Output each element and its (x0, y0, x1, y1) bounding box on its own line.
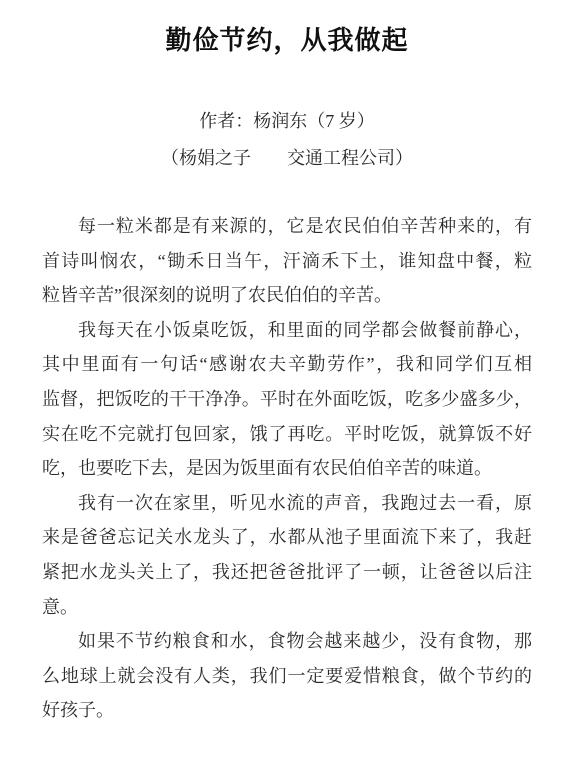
body-line: 好孩子。 (42, 693, 532, 728)
document-page: 勤俭节约，从我做起 作者：杨润东（7 岁） （杨娟之子 交通工程公司） 每一粒米… (0, 0, 574, 779)
body-line: 么地球上就会没有人类，我们一定要爱惜粮食，做个节约的 (42, 659, 532, 694)
document-body: 每一粒米都是有来源的，它是农民伯伯辛苦种来的，有 首诗叫悯农，“锄禾日当午，汗滴… (42, 209, 532, 728)
author-line: 作者：杨润东（7 岁） (42, 112, 532, 131)
body-line: 其中里面有一句话“感谢农夫辛勤劳作”，我和同学们互相 (42, 347, 532, 382)
body-line: 我有一次在家里，听见水流的声音，我跑过去一看，原 (42, 486, 532, 521)
document-title: 勤俭节约，从我做起 (42, 0, 532, 58)
body-line: 如果不节约粮食和水，食物会越来越少，没有食物，那 (42, 624, 532, 659)
body-line: 实在吃不完就打包回家，饿了再吃。平时吃饭，就算饭不好 (42, 417, 532, 452)
affiliation-line: （杨娟之子 交通工程公司） (42, 149, 532, 168)
body-line: 来是爸爸忘记关水龙头了，水都从池子里面流下来了，我赶 (42, 520, 532, 555)
body-line: 紧把水龙头关上了，我还把爸爸批评了一顿，让爸爸以后注 (42, 555, 532, 590)
body-line: 每一粒米都是有来源的，它是农民伯伯辛苦种来的，有 (42, 209, 532, 244)
paragraph: 我有一次在家里，听见水流的声音，我跑过去一看，原 来是爸爸忘记关水龙头了，水都从… (42, 486, 532, 624)
body-line: 意。 (42, 590, 532, 625)
paragraph: 如果不节约粮食和水，食物会越来越少，没有食物，那 么地球上就会没有人类，我们一定… (42, 624, 532, 728)
paragraph: 我每天在小饭桌吃饭，和里面的同学都会做餐前静心， 其中里面有一句话“感谢农夫辛勤… (42, 313, 532, 486)
body-line: 监督，把饭吃的干干净净。平时在外面吃饭，吃多少盛多少， (42, 382, 532, 417)
paragraph: 每一粒米都是有来源的，它是农民伯伯辛苦种来的，有 首诗叫悯农，“锄禾日当午，汗滴… (42, 209, 532, 313)
body-line: 吃，也要吃下去，是因为饭里面有农民伯伯辛苦的味道。 (42, 451, 532, 486)
body-line: 首诗叫悯农，“锄禾日当午，汗滴禾下土，谁知盘中餐，粒 (42, 244, 532, 279)
body-line: 粒皆辛苦”很深刻的说明了农民伯伯的辛苦。 (42, 278, 532, 313)
body-line: 我每天在小饭桌吃饭，和里面的同学都会做餐前静心， (42, 313, 532, 348)
